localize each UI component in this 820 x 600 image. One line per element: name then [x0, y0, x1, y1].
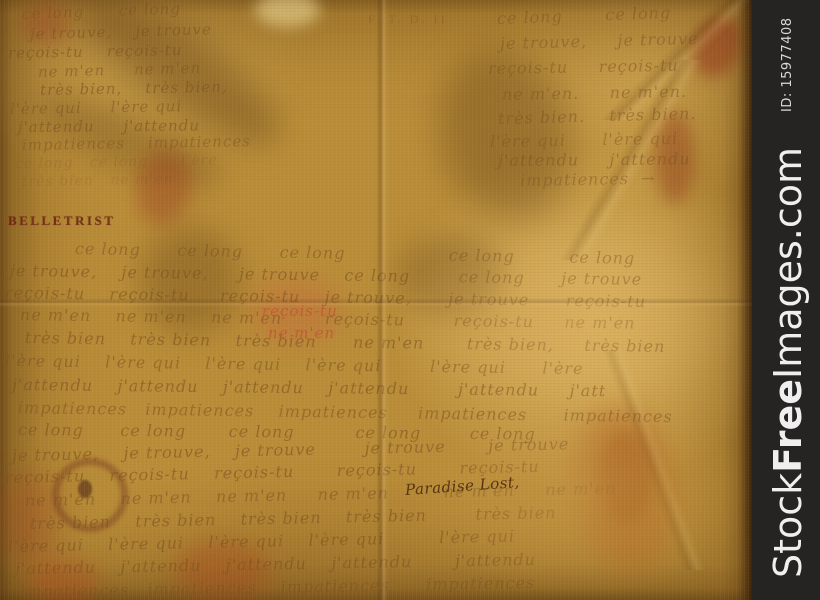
handwriting-line: l'ère qui l'ère qui	[10, 97, 182, 118]
handwriting-line: ne m'en. ne m'en.	[502, 82, 687, 104]
handwriting-line: l'ère qui l'ère qui l'ère qui l'ère qui …	[8, 526, 515, 556]
handwriting-line: l'ère qui l'ère qui	[490, 129, 679, 151]
handwriting-line: très bien ne m'en	[22, 171, 174, 190]
handwriting-line: l'ère qui l'ère qui l'ère qui l'ère qui …	[5, 351, 584, 378]
watermark-brand-stock: Stock	[766, 473, 810, 578]
watermark-image-id: ID: 15977408	[780, 17, 795, 112]
handwriting-line: ne m'en ne m'en ne m'en ne m'en ne m'en …	[25, 479, 617, 510]
belletrist-stamp: BELLETRIST	[8, 213, 115, 229]
handwriting-line: je trouve, je trouve, je trouve ce long …	[10, 261, 642, 289]
handwriting-line: impatiences impatiences	[22, 132, 251, 154]
watermark-brand-text: StockFreeImages.com	[757, 147, 819, 578]
handwriting-line: ce long ce long ce long ce long ce long	[18, 420, 536, 444]
handwriting-line: reçois-tu reçois-tu	[8, 41, 183, 62]
handwriting-line: très bien très bien très bien ne m'en tr…	[25, 328, 666, 356]
handwriting-line: ce long ce long l'ère	[15, 152, 218, 172]
handwriting-line: impatiences impatiences impatiences impa…	[20, 573, 536, 600]
handwriting-line: ne m'en ne m'en ne m'en reçois-tu reçois…	[20, 305, 636, 333]
handwriting-line: ce long ce long	[22, 0, 181, 23]
handwriting-line: j'attendu j'attendu	[498, 149, 691, 170]
handwriting-line: ne m'en	[268, 324, 335, 342]
stock-photo-canvas: ce long ce longje trouve, je trouvereçoi…	[0, 0, 820, 600]
handwriting-line: j'attendu j'attendu j'attendu j'attendu …	[15, 550, 536, 578]
handwriting-line: j'attendu j'attendu j'attendu j'attendu …	[12, 375, 606, 400]
horizontal-fold-line	[0, 298, 752, 307]
watermark-brand-domain: Images.com	[766, 147, 810, 379]
handwriting-line: très bien, très bien,	[40, 78, 228, 99]
watermark-brand-free: Free	[766, 379, 810, 473]
handwriting-line: j'attendu j'attendu	[18, 116, 200, 136]
handwriting-line: impatiences impatiences impatiences impa…	[18, 398, 673, 426]
letterhead-text: F. T. D. II	[368, 12, 448, 27]
handwriting-line: très bien. très bien.	[498, 104, 697, 128]
handwriting-line: impatiences →	[520, 169, 656, 190]
handwriting-line: je trouve, je trouve	[30, 20, 212, 43]
handwriting-line: reçois-tu reçois-tu	[488, 56, 679, 78]
paper-right-edge	[737, 0, 752, 600]
handwriting-line: très bien très bien très bien très bien …	[30, 503, 557, 533]
handwriting-line: ce long ce long	[497, 3, 672, 28]
handwriting-line: je trouve, je trouve	[500, 29, 699, 53]
handwriting-line: ce long ce long ce long ce long ce long	[75, 239, 636, 268]
handwriting-line: je trouve, je trouve, je trouve je trouv…	[12, 434, 570, 465]
handwriting-line: ne m'en ne m'en	[38, 59, 202, 81]
